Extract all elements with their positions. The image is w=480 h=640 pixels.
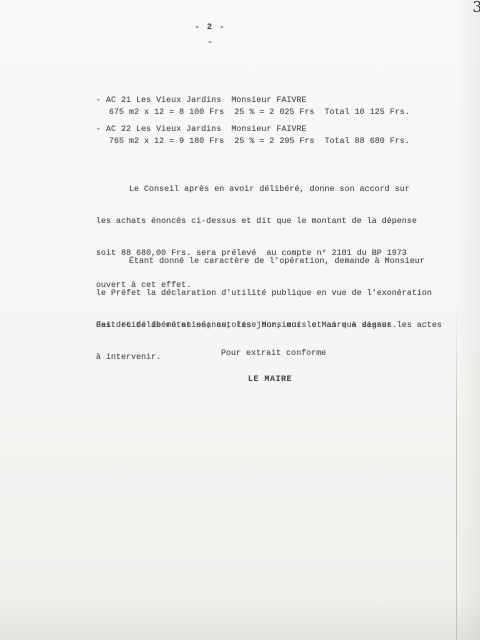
paragraph-line: le Préfet la déclaration d'utilité publi… [96,287,422,301]
paper-edge-line [456,300,457,640]
scan-shading-right [456,0,480,640]
page-number-header: - 2 - [186,22,234,32]
page-number-dash: - [186,37,234,47]
scan-shading-bottom [0,600,480,640]
mayor-signature-label: LE MAIRE [248,375,292,384]
parcel-item-detail: 765 m2 x 12 = 9 180 Frs 25 % = 2 295 Frs… [109,137,410,146]
scanned-document-page: 3 - 2 - - - AC 21 Les Vieux Jardins Mons… [0,0,480,640]
parcel-item-title: - AC 22 Les Vieux Jardins Monsieur FAIVR… [96,125,307,134]
paragraph-line: Le Conseil après en avoir délibéré, donn… [96,183,422,197]
closing-statement: Fait et délibéré en séance, les jour, mo… [96,321,397,330]
paragraph-public-utility: Étant donné le caractère de l'opération,… [96,237,422,383]
extract-conforme-label: Pour extrait conforme [221,349,326,358]
paragraph-line: les achats énoncés ci-dessus et dit que … [96,215,422,229]
parcel-item-title: - AC 21 Les Vieux Jardins Monsieur FAIVR… [96,96,307,105]
paragraph-line: Étant donné le caractère de l'opération,… [96,255,422,269]
parcel-item-detail: 675 m2 x 12 = 8 100 Frs 25 % = 2 025 Frs… [109,108,410,117]
corner-page-number: 3 [472,0,480,16]
